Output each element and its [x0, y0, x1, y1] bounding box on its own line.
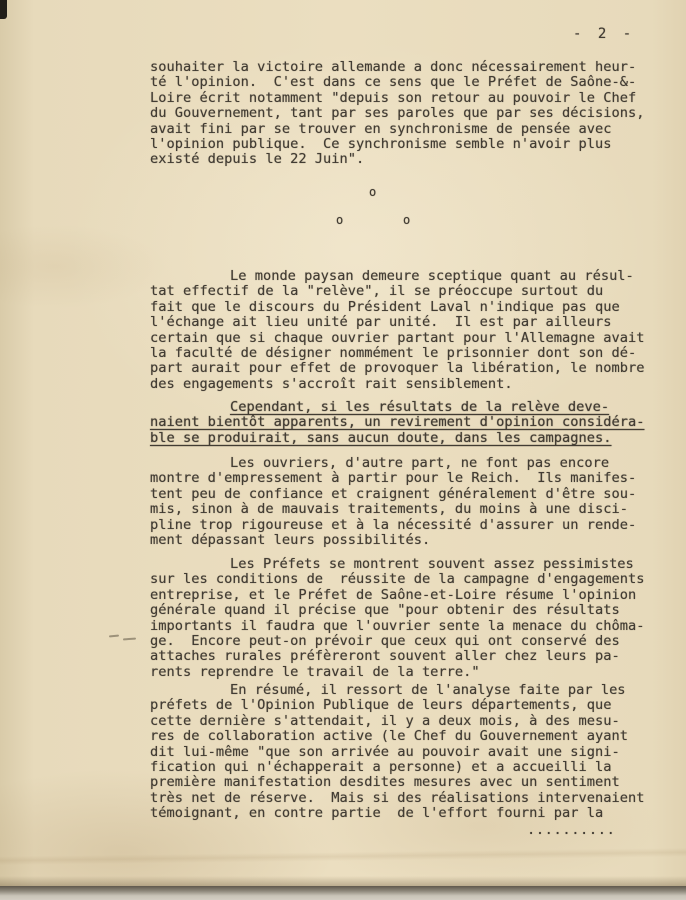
paper-edge-shadow	[0, 876, 686, 886]
scanned-page: - 2 - souhaiter la victoire allemande a …	[0, 0, 686, 888]
paragraph-prefets: Les Préfets se montrent souvent assez pe…	[150, 557, 656, 680]
continuation-dots: ..........	[527, 823, 615, 838]
paragraph-monde-paysan: Le monde paysan demeure sceptique quant …	[150, 269, 656, 392]
page-number: - 2 -	[573, 27, 635, 42]
scanned-document-view: { "document": { "page_number": "- 2 -", …	[0, 0, 686, 900]
section-separator-mark: o	[403, 213, 410, 228]
pencil-margin-mark	[109, 634, 119, 637]
section-separator-mark: o	[369, 185, 376, 200]
pencil-margin-mark	[123, 638, 136, 641]
paragraph-en-resume: En résumé, il ressort de l'analyse faite…	[150, 683, 656, 822]
scan-artifact-corner	[0, 0, 7, 19]
scanner-background-strip	[0, 886, 686, 900]
paragraph-continuation: souhaiter la victoire allemande a donc n…	[150, 60, 656, 168]
paper-crease	[0, 848, 686, 865]
section-separator-mark: o	[336, 213, 343, 228]
paragraph-underlined-cependant: Cependant, si les résultats de la relève…	[150, 400, 656, 446]
paragraph-ouvriers: Les ouvriers, d'autre part, ne font pas …	[150, 456, 656, 548]
